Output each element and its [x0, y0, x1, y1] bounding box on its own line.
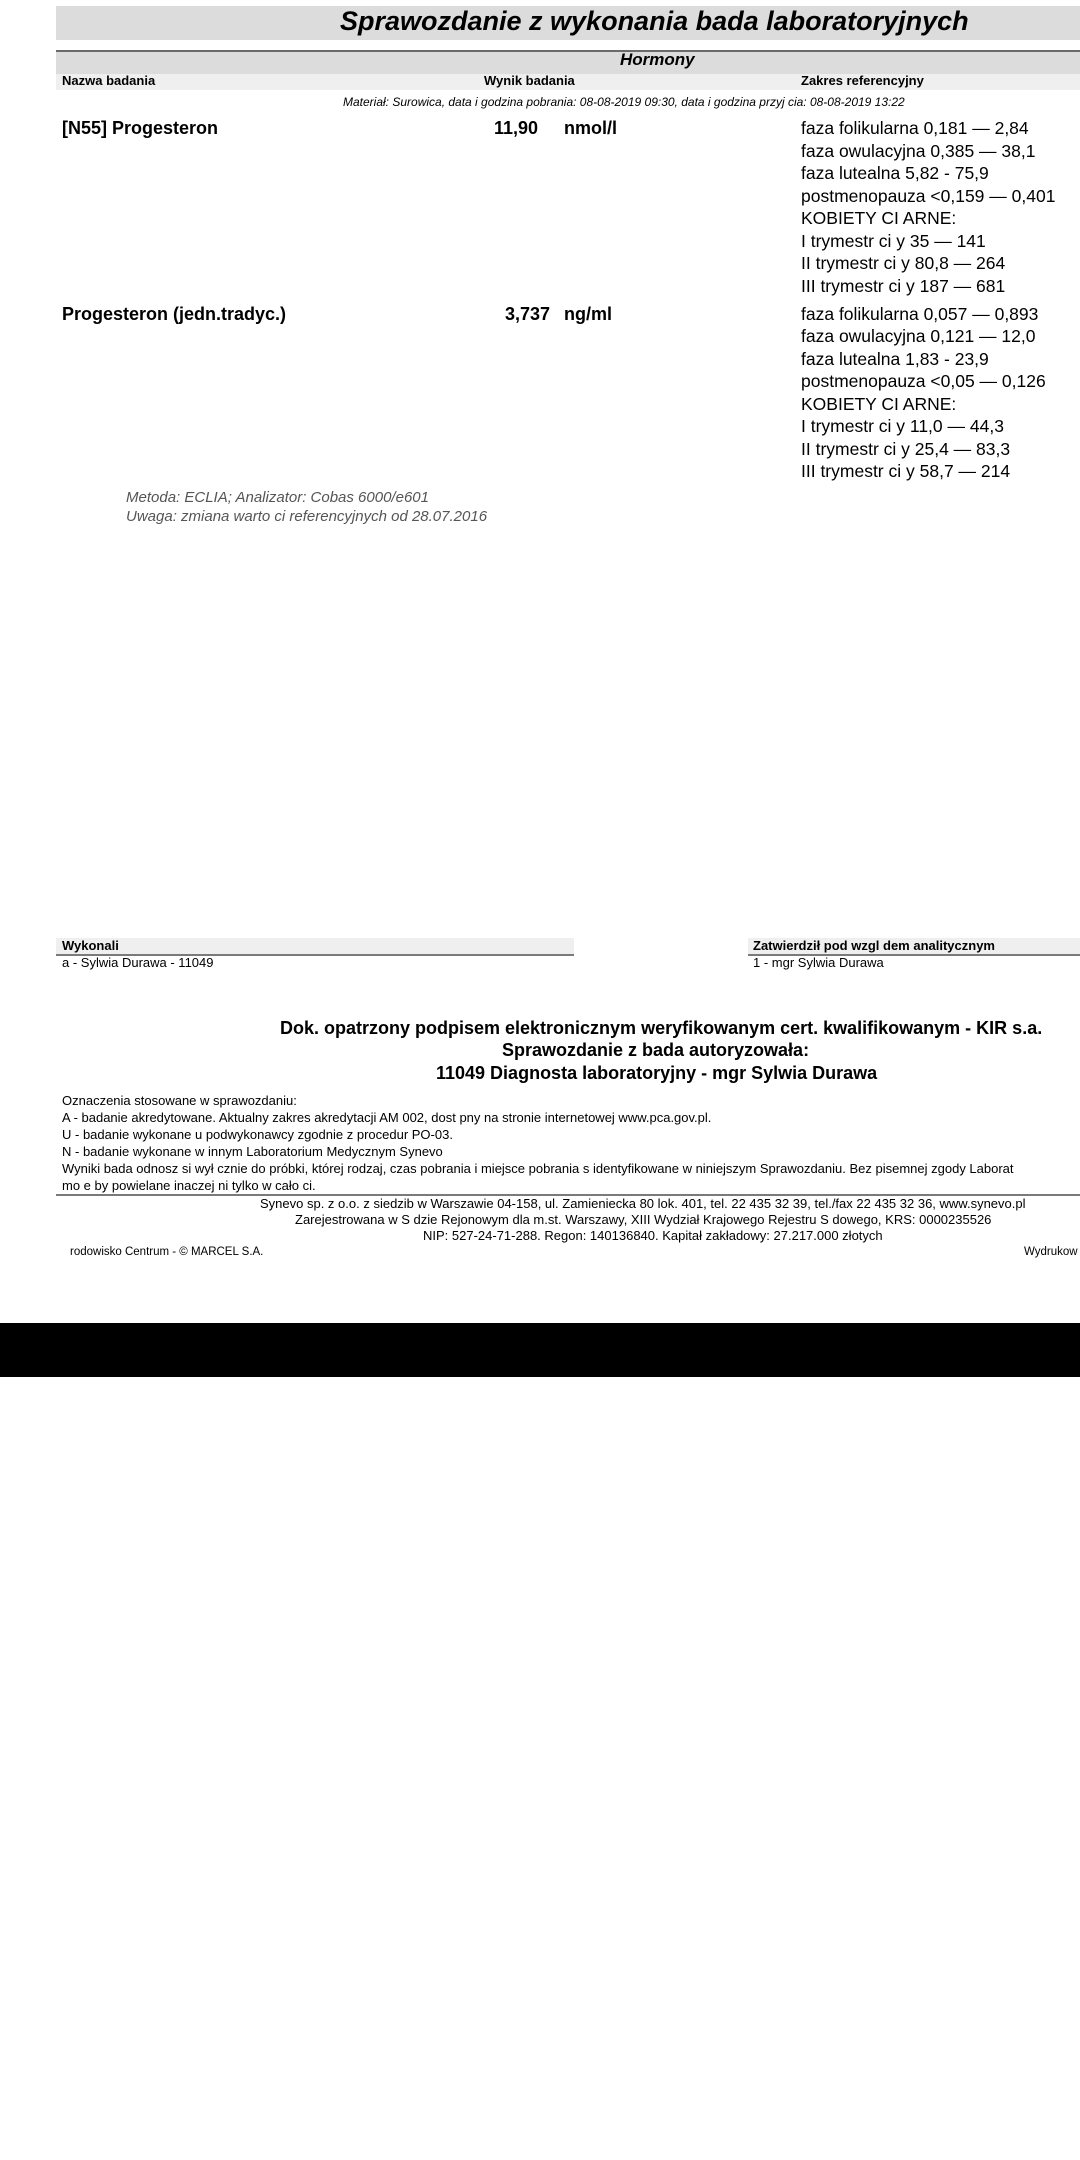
- legend-item: N - badanie wykonane w innym Laboratoriu…: [62, 1144, 443, 1159]
- page-separator-band: [0, 1323, 1080, 1377]
- column-header-result: Wynik badania: [484, 73, 575, 88]
- column-header-name: Nazwa badania: [62, 73, 155, 88]
- approved-value: 1 - mgr Sylwia Durawa: [753, 955, 884, 970]
- test-unit: ng/ml: [564, 304, 612, 325]
- reference-line: faza folikularna 0,057 — 0,893: [801, 304, 1038, 325]
- report-title: Sprawozdanie z wykonania bada laboratory…: [340, 6, 969, 37]
- reference-line: faza folikularna 0,181 — 2,84: [801, 118, 1029, 139]
- authorizer-name: 11049 Diagnosta laboratoryjny - mgr Sylw…: [436, 1063, 877, 1084]
- legend-item: Wyniki bada odnosz si wył cznie do próbk…: [62, 1161, 1014, 1176]
- reference-line: II trymestr ci y 80,8 — 264: [801, 253, 1005, 274]
- performed-header-bar: [56, 938, 574, 956]
- approved-label: Zatwierdził pod wzgl dem analitycznym: [753, 938, 995, 953]
- reference-line: III trymestr ci y 58,7 — 214: [801, 461, 1010, 482]
- reference-line: KOBIETY CI ARNE:: [801, 394, 956, 415]
- test-unit: nmol/l: [564, 118, 617, 139]
- authorized-by-label: Sprawozdanie z bada autoryzowała:: [502, 1040, 809, 1061]
- tax-info: NIP: 527-24-71-288. Regon: 140136840. Ka…: [423, 1228, 883, 1243]
- company-info: Synevo sp. z o.o. z siedzib w Warszawie …: [260, 1196, 1026, 1211]
- reference-line: faza owulacyjna 0,121 — 12,0: [801, 326, 1035, 347]
- legend-item: U - badanie wykonane u podwykonawcy zgod…: [62, 1127, 453, 1142]
- performed-value: a - Sylwia Durawa - 11049: [62, 955, 214, 970]
- legend-heading: Oznaczenia stosowane w sprawozdaniu:: [62, 1093, 297, 1108]
- test-value: 3,737: [505, 304, 550, 325]
- reference-line: I trymestr ci y 11,0 — 44,3: [801, 416, 1004, 437]
- test-value: 11,90: [494, 118, 538, 139]
- reference-change-note: Uwaga: zmiana warto ci referencyjnych od…: [126, 508, 487, 525]
- printed-label: Wydrukow: [1024, 1246, 1078, 1258]
- test-name: Progesteron (jedn.tradyc.): [62, 304, 286, 325]
- column-header-reference: Zakres referencyjny: [801, 73, 924, 88]
- reference-line: faza lutealna 1,83 - 23,9: [801, 349, 989, 370]
- legend-item: mo e by powielane inaczej ni tylko w cał…: [62, 1178, 316, 1193]
- reference-line: postmenopauza <0,159 — 0,401: [801, 186, 1055, 207]
- performed-label: Wykonali: [62, 938, 119, 953]
- reference-line: II trymestr ci y 25,4 — 83,3: [801, 439, 1010, 460]
- reference-line: KOBIETY CI ARNE:: [801, 208, 956, 229]
- test-name: [N55] Progesteron: [62, 118, 218, 139]
- e-signature-statement: Dok. opatrzony podpisem elektronicznym w…: [280, 1018, 1042, 1039]
- registry-info: Zarejestrowana w S dzie Rejonowym dla m.…: [295, 1212, 991, 1227]
- reference-line: postmenopauza <0,05 — 0,126: [801, 371, 1046, 392]
- software-credit: rodowisko Centrum - © MARCEL S.A.: [70, 1246, 263, 1258]
- reference-line: faza owulacyjna 0,385 — 38,1: [801, 141, 1035, 162]
- legend-item: A - badanie akredytowane. Aktualny zakre…: [62, 1110, 711, 1125]
- method-note: Metoda: ECLIA; Analizator: Cobas 6000/e6…: [126, 489, 429, 506]
- material-info: Materiał: Surowica, data i godzina pobra…: [343, 95, 905, 109]
- reference-line: faza lutealna 5,82 - 75,9: [801, 163, 989, 184]
- reference-line: III trymestr ci y 187 — 681: [801, 276, 1005, 297]
- section-title: Hormony: [620, 50, 695, 70]
- reference-line: I trymestr ci y 35 — 141: [801, 231, 986, 252]
